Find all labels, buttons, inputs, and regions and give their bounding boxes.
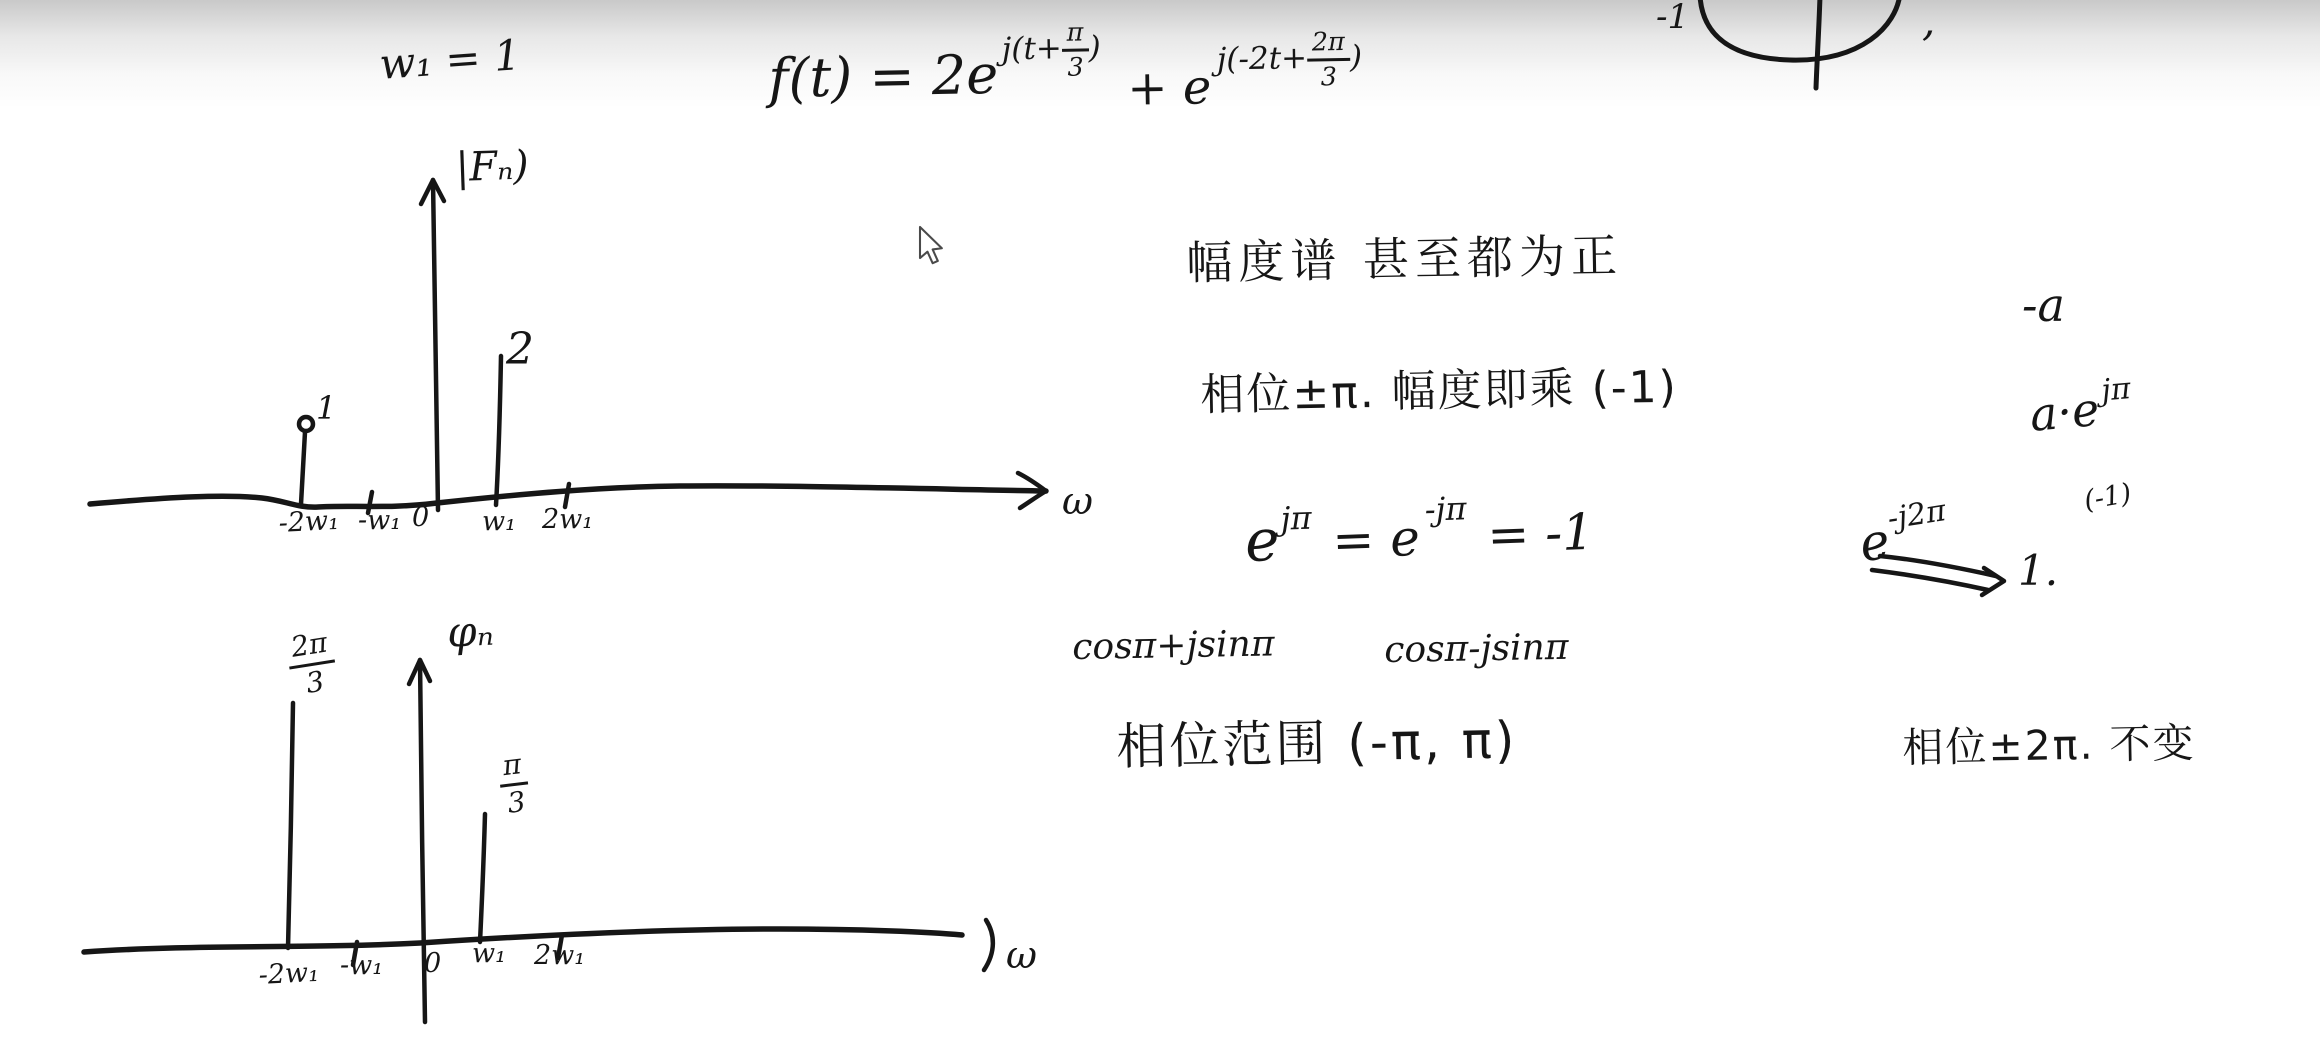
formula-exponent-2: j(-2t+ 2π 3 ) bbox=[1216, 27, 1362, 91]
magnitude-stem2-value: 2 bbox=[506, 328, 534, 372]
magnitude-tick-label-w1: w₁ bbox=[482, 508, 516, 535]
magnitude-tick-label-2w1: 2w₁ bbox=[542, 506, 593, 533]
formula-exp2-fraction: 2π 3 bbox=[1307, 27, 1351, 90]
phase-tick-label-2w1: 2w₁ bbox=[534, 942, 585, 969]
euler-e1: e bbox=[1244, 511, 1280, 570]
phase-tick-label-negw1: -w₁ bbox=[340, 952, 383, 979]
side-a-exp-base: a·e bbox=[2028, 386, 2101, 438]
formula-lhs: f(t) = 2e bbox=[768, 48, 999, 106]
note-phase-2pi-unchanged: 相位±2π. 不变 bbox=[1902, 723, 2196, 769]
note-phase-range: 相位范围 (-π, π) bbox=[1116, 715, 1518, 772]
side-a-exponential: a·e jπ bbox=[2028, 383, 2130, 437]
formula-exponent-1: j(t+ π 3 ) bbox=[1001, 18, 1101, 82]
euler-sup2: -jπ bbox=[1424, 492, 1467, 525]
whiteboard-canvas[interactable]: w₁ = 1 f(t) = 2e j(t+ π 3 ) + e j(-2t+ 2… bbox=[0, 0, 2320, 1052]
phase-x-axis bbox=[84, 929, 962, 952]
euler-sup1: jπ bbox=[1280, 502, 1312, 535]
magnitude-y-axis-label: |Fₙ) bbox=[455, 145, 529, 188]
phase-x-axis-label: ω bbox=[1006, 936, 1037, 974]
magnitude-stem-w1 bbox=[496, 356, 501, 505]
magnitude-x-axis-label: ω bbox=[1062, 482, 1093, 520]
note-cos-minus: cosπ-jsinπ bbox=[1384, 630, 1569, 669]
unit-circle-right-label: , bbox=[1922, 0, 1935, 42]
magnitude-stem-neg2w1 bbox=[301, 432, 305, 504]
side-e2pi-sup: -j2π bbox=[1886, 496, 1948, 535]
magnitude-plot-strokes bbox=[90, 180, 1046, 513]
magnitude-tick-label-negw1: -w₁ bbox=[358, 507, 401, 534]
condition-note: w₁ = 1 bbox=[378, 34, 522, 86]
phase-tick-label-0: 0 bbox=[424, 950, 441, 977]
side-e2pi-note: (-1) bbox=[2082, 480, 2133, 515]
phase-y-axis-label: φₙ bbox=[446, 610, 495, 654]
euler-eq2: = -1 bbox=[1487, 507, 1595, 561]
magnitude-stem-neg2w1-marker bbox=[299, 417, 313, 431]
side-e2pi-result: 1. bbox=[2018, 550, 2058, 592]
formula-plus: + e bbox=[1127, 63, 1212, 112]
note-phase-pi: 相位±π. 幅度即乘 (-1) bbox=[1200, 366, 1678, 418]
euler-eq1: = e bbox=[1331, 513, 1420, 566]
unit-circle-vertical-axis bbox=[1816, 0, 1820, 88]
phase-stem-w1 bbox=[480, 814, 485, 942]
side-neg-a: -a bbox=[2022, 282, 2065, 328]
phase-stem-neg2w1 bbox=[288, 703, 293, 948]
side-e2pi-base: e bbox=[1856, 515, 1893, 569]
note-amplitude-positive: 幅度谱 甚至都为正 bbox=[1186, 232, 1623, 286]
euler-formula: e jπ = e -jπ = -1 bbox=[1244, 500, 1595, 570]
phase-x-axis-arrowhead bbox=[984, 920, 993, 970]
unit-circle-left-label: -1 bbox=[1656, 0, 1689, 34]
note-cos-plus: cosπ+jsinπ bbox=[1072, 626, 1275, 666]
main-formula: f(t) = 2e j(t+ π 3 ) + e j(-2t+ 2π 3 ) bbox=[768, 42, 1357, 120]
magnitude-stem1-value: 1 bbox=[316, 392, 336, 424]
phase-tick-label-w1: w₁ bbox=[472, 940, 506, 967]
hand-drawn-strokes bbox=[0, 0, 2320, 1052]
side-a-exp-sup: jπ bbox=[2100, 374, 2132, 406]
unit-circle-arc bbox=[1700, 0, 1900, 60]
magnitude-y-axis bbox=[433, 180, 438, 510]
magnitude-tick-label-0: 0 bbox=[412, 504, 429, 531]
magnitude-tick-label-neg2w1: -2w₁ bbox=[278, 507, 340, 537]
mouse-cursor-icon bbox=[920, 227, 942, 263]
phase-tick-label-neg2w1: -2w₁ bbox=[258, 959, 320, 989]
unit-circle-sketch bbox=[1700, 0, 1900, 88]
formula-exp1-fraction: π 3 bbox=[1061, 18, 1089, 80]
